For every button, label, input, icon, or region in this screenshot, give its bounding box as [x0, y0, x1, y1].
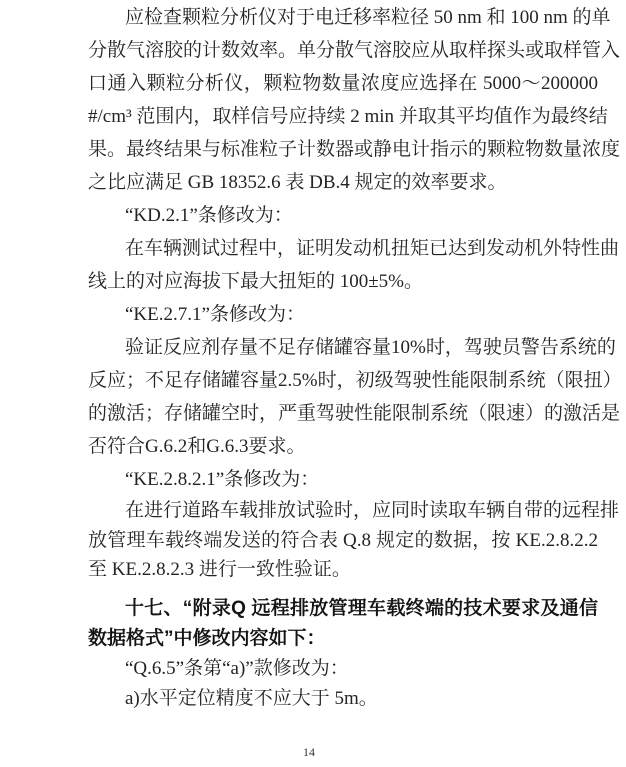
text-line: 在车辆测试过程中，证明发动机扭矩已达到发动机外特性曲 — [88, 232, 598, 265]
paragraph: “KD.2.1”条修改为： — [88, 199, 598, 232]
paragraph: a)水平定位精度不应大于 5m。 — [88, 684, 598, 714]
paragraph: “Q.6.5”条第“a)”款修改为： — [88, 654, 598, 684]
text-line: “Q.6.5”条第“a)”款修改为： — [88, 654, 598, 684]
text-line: 数据格式”中修改内容如下： — [88, 624, 598, 654]
text-line: “KE.2.7.1”条修改为： — [88, 298, 598, 331]
text-line: 口通入颗粒分析仪，颗粒物数量浓度应选择在 5000～200000 — [88, 67, 598, 100]
text-line: 之比应满足 GB 18352.6 表 DB.4 规定的效率要求。 — [88, 166, 598, 199]
text-line: #/cm³ 范围内，取样信号应持续 2 min 并取其平均值作为最终结 — [88, 100, 598, 133]
text-line: 分散气溶胶的计数效率。单分散气溶胶应从取样探头或取样管入 — [88, 34, 598, 67]
text-line: 的激活；存储罐空时，严重驾驶性能限制系统（限速）的激活是 — [88, 397, 598, 430]
text-line: 验证反应剂存量不足存储罐容量10%时，驾驶员警告系统的 — [88, 331, 598, 364]
text-line: “KD.2.1”条修改为： — [88, 199, 598, 232]
text-line: 在进行道路车载排放试验时，应同时读取车辆自带的远程排 — [88, 496, 598, 526]
paragraph: 应检查颗粒分析仪对于电迁移率粒径 50 nm 和 100 nm 的单分散气溶胶的… — [88, 1, 598, 199]
document-body: 应检查颗粒分析仪对于电迁移率粒径 50 nm 和 100 nm 的单分散气溶胶的… — [88, 1, 598, 714]
paragraph: 验证反应剂存量不足存储罐容量10%时，驾驶员警告系统的反应；不足存储罐容量2.5… — [88, 331, 598, 463]
text-line: 应检查颗粒分析仪对于电迁移率粒径 50 nm 和 100 nm 的单 — [88, 1, 598, 34]
page-number: 14 — [0, 745, 618, 759]
text-line: 反应；不足存储罐容量2.5%时，初级驾驶性能限制系统（限扭） — [88, 364, 598, 397]
text-line: 放管理车载终端发送的符合表 Q.8 规定的数据，按 KE.2.8.2.2 — [88, 526, 598, 556]
section-heading: 十七、“附录Q 远程排放管理车载终端的技术要求及通信数据格式”中修改内容如下： — [88, 594, 598, 654]
paragraph: 在进行道路车载排放试验时，应同时读取车辆自带的远程排放管理车载终端发送的符合表 … — [88, 496, 598, 585]
text-line: 至 KE.2.8.2.3 进行一致性验证。 — [88, 555, 598, 585]
paragraph: “KE.2.7.1”条修改为： — [88, 298, 598, 331]
text-line: 否符合G.6.2和G.6.3要求。 — [88, 430, 598, 463]
text-line: 果。最终结果与标准粒子计数器或静电计指示的颗粒物数量浓度 — [88, 133, 598, 166]
text-line: 线上的对应海拔下最大扭矩的 100±5%。 — [88, 265, 598, 298]
text-line: a)水平定位精度不应大于 5m。 — [88, 684, 598, 714]
paragraph: “KE.2.8.2.1”条修改为： — [88, 463, 598, 496]
document-page: 应检查颗粒分析仪对于电迁移率粒径 50 nm 和 100 nm 的单分散气溶胶的… — [0, 0, 626, 767]
paragraph: 在车辆测试过程中，证明发动机扭矩已达到发动机外特性曲线上的对应海拔下最大扭矩的 … — [88, 232, 598, 298]
text-line: “KE.2.8.2.1”条修改为： — [88, 463, 598, 496]
text-line: 十七、“附录Q 远程排放管理车载终端的技术要求及通信 — [88, 594, 598, 624]
